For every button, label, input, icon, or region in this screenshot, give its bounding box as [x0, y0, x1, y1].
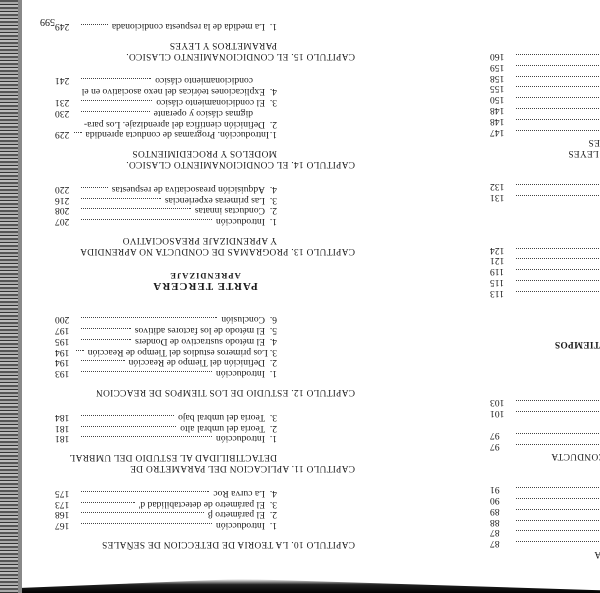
entry-page: 121 — [490, 255, 512, 266]
chapter-heading: TIEMPOS — [490, 338, 600, 349]
leader-dots — [516, 433, 600, 434]
entry-label: Introducción. Programas de conducta apre… — [86, 129, 270, 140]
toc-entry: 150 — [490, 93, 600, 104]
toc-entry: y totalidades97 — [490, 429, 600, 440]
toc-entry: al121 — [490, 255, 600, 266]
leader-dots — [516, 258, 600, 259]
toc-entry: 3.Teoría del umbral bajo184 — [55, 411, 355, 422]
entry-page: 181 — [55, 433, 77, 444]
chapter-heading: CAPITULO 10. LA TEORIA DE DETECCION DE S… — [55, 538, 355, 549]
toc-entry: nte91 — [490, 483, 600, 494]
entry-page: 197 — [55, 324, 77, 335]
leader-dots — [81, 219, 212, 220]
toc-entry: 1.Introducción167 — [55, 519, 355, 530]
toc-entry: 148 — [490, 115, 600, 126]
toc-entry: 1.Introducción181 — [55, 433, 355, 444]
toc-entry: 2.Conductas innatas208 — [55, 205, 355, 216]
toc-entry: 89 — [490, 505, 600, 516]
toc-entry: 124 — [490, 244, 600, 255]
chapter-title: EL CONDICIONAMIENTO CLASICO. — [126, 51, 288, 61]
toc-entry: 1.La medida de la respuesta condicionada… — [55, 20, 355, 31]
toc-entry: 4.Adquisición preasociativa de respuesta… — [55, 183, 355, 194]
leader-dots — [81, 436, 212, 437]
entry-label: El método de los factores aditivos — [135, 324, 265, 335]
chapter-heading: LAS LEYES UALES — [490, 137, 600, 159]
toc-entry: 147 — [490, 126, 600, 137]
toc-entry: 3.Los primeros estudios del Tiempo de Re… — [55, 346, 355, 357]
entry-page: 159 — [490, 61, 512, 72]
toc-entry: 5.El método de los factores aditivos197 — [55, 324, 355, 335]
entry-page: 103 — [490, 397, 512, 408]
toc-entry: 4.El método sustractivo de Donders195 — [55, 335, 355, 346]
toc-entry: 148 — [490, 104, 600, 115]
toc-left-column: UCTA 8787888990nte91 LA CONDUCTA s97y to… — [490, 50, 600, 563]
toc-entry: 101 — [490, 407, 600, 418]
leader-dots — [516, 119, 600, 120]
scanned-book-page: UCTA 8787888990nte91 LA CONDUCTA s97y to… — [0, 0, 600, 593]
entry-label: Las primeras experiencias — [165, 194, 265, 205]
toc-entry: 3.Las primeras experiencias216 — [55, 194, 355, 205]
entry-page: 147 — [490, 126, 512, 137]
toc-entry: 155 — [490, 83, 600, 94]
entry-page: 89 — [490, 505, 512, 516]
chapter-number: CAPITULO 11. — [291, 463, 355, 473]
entry-number: 1. — [265, 433, 277, 444]
toc-entry: condicionamiento clásico241 — [55, 75, 355, 86]
leader-dots — [81, 187, 108, 188]
leader-dots — [81, 512, 204, 513]
toc-entry: 6.Conclusión200 — [55, 313, 355, 324]
chapter-title: LA TEORIA DE DETECCION DE SEÑALES — [102, 539, 289, 549]
entry-number: 2. — [265, 509, 277, 520]
leader-dots — [516, 530, 600, 531]
chapter-heading: LA CONDUCTA — [490, 451, 600, 462]
entry-number: 2. — [265, 357, 277, 368]
toc-entry: 87 — [490, 537, 600, 548]
part-subtitle: APRENDIZAJE — [55, 270, 355, 281]
leader-dots — [516, 76, 600, 77]
entry-page: 220 — [55, 183, 77, 194]
entry-page: 90 — [490, 494, 512, 505]
entry-page: 91 — [490, 483, 512, 494]
entry-label: condicionamiento clásico — [155, 75, 253, 86]
entry-page: 231 — [55, 96, 77, 107]
leader-dots — [516, 291, 600, 292]
entry-label: Introducción — [216, 433, 265, 444]
leader-dots — [81, 79, 151, 80]
leader-dots — [516, 86, 600, 87]
entry-number: 1. — [265, 20, 277, 31]
chapter-heading: CAPITULO 12. ESTUDIO DE LOS TIEMPOS DE R… — [55, 386, 355, 397]
entry-page: 87 — [490, 527, 512, 538]
entry-page: 148 — [490, 104, 512, 115]
leader-dots — [516, 248, 600, 249]
leader-dots — [516, 541, 600, 542]
entry-label: El método sustractivo de Donders — [135, 335, 265, 346]
entry-label: Explicaciones teóricas del nexo asociati… — [82, 86, 265, 97]
entry-page: 173 — [55, 498, 77, 509]
entry-label: Introducción — [216, 367, 265, 378]
toc-entry: 87 — [490, 527, 600, 538]
entry-page: 194 — [55, 346, 72, 357]
entry-page: 132 — [490, 180, 512, 191]
entry-label: La medida de la respuesta condicionada — [112, 20, 265, 31]
leader-dots — [516, 487, 600, 488]
chapter-title-line2: PARAMETROS Y LEYES — [55, 39, 355, 50]
entry-page: 200 — [55, 313, 77, 324]
entry-label: Conductas innatas — [195, 205, 265, 216]
toc-entry: 4.Explicaciones teóricas del nexo asocia… — [55, 86, 355, 97]
entry-page: 148 — [490, 115, 512, 126]
entry-page: 97 — [490, 440, 512, 451]
entry-label: El parámetro de detectabilidad d' — [139, 498, 265, 509]
chapter-title: PROGRAMAS DE CONDUCTA NO APRENDIDA — [80, 246, 288, 256]
toc-entry: 1.Introducción207 — [55, 215, 355, 226]
toc-entry: 90 — [490, 494, 600, 505]
leader-dots — [516, 280, 600, 281]
toc-entry: s97 — [490, 440, 600, 451]
toc-entry: bjetivas158 — [490, 72, 600, 83]
entry-page: 207 — [55, 215, 77, 226]
entry-label: Introducción — [216, 519, 265, 530]
entry-number: 2. — [265, 422, 277, 433]
chapter-heading: CAPITULO 11. APLICACION DEL PARAMETRO DE… — [55, 451, 355, 473]
entry-number: 5. — [265, 324, 277, 335]
entry-page: 229 — [55, 129, 70, 140]
entry-number: 1. — [265, 367, 277, 378]
leader-dots — [516, 498, 600, 499]
entry-number: 1. — [265, 215, 277, 226]
entry-page: 88 — [490, 516, 512, 527]
chapter-number: CAPITULO 15. — [291, 51, 355, 61]
entry-label: Definición del Tiempo de Reacción — [129, 357, 265, 368]
entry-page: 216 — [55, 194, 77, 205]
chapter-title-line2: DETACTIBILIDAD AL ESTUDIO DEL UMBRAL — [55, 451, 355, 462]
entry-page: 150 — [490, 93, 512, 104]
leader-dots — [81, 317, 217, 318]
leader-dots — [81, 111, 150, 112]
leader-dots — [81, 426, 176, 427]
entry-number: 2. — [265, 118, 277, 129]
toc-entry: 4.La curva Roc175 — [55, 487, 355, 498]
toc-entry: sensoriales119 — [490, 265, 600, 276]
entry-page: 160 — [490, 50, 512, 61]
scan-shadow — [0, 579, 600, 593]
chapter-number: CAPITULO 14. — [291, 159, 355, 169]
entry-page: 195 — [55, 335, 77, 346]
leader-dots — [516, 520, 600, 521]
toc-entry: 103 — [490, 397, 600, 408]
entry-label: Teoría del umbral bajo — [178, 411, 265, 422]
leader-dots — [516, 97, 600, 98]
entry-number: 3. — [265, 498, 277, 509]
entry-number: 4. — [265, 183, 277, 194]
toc-entry: 132 — [490, 180, 600, 191]
chapter-title: ESTUDIO DE LOS TIEMPOS DE REACCION — [96, 387, 289, 397]
toc-entry: ticos160 — [490, 50, 600, 61]
entry-page: 175 — [55, 487, 77, 498]
toc-entry: 88 — [490, 516, 600, 527]
leader-dots — [516, 184, 600, 185]
entry-label: El condicionamiento clásico — [156, 96, 265, 107]
entry-number: 1. — [269, 129, 277, 140]
entry-page: 193 — [55, 367, 77, 378]
entry-page: 115 — [490, 276, 512, 287]
entry-number: 1. — [265, 519, 277, 530]
toc-entry: 2.Definición del Tiempo de Reacción194 — [55, 357, 355, 368]
chapter-heading: UCTA — [490, 548, 600, 559]
entry-label: digmas clásico y operante — [154, 107, 253, 118]
leader-dots — [516, 65, 600, 66]
entry-label: Definición científica del aprendizaje. L… — [84, 118, 265, 129]
leader-dots — [81, 502, 135, 503]
chapter-heading: CAPITULO 13. PROGRAMAS DE CONDUCTA NO AP… — [55, 234, 355, 256]
entry-label: Adquisición preasociativa de respuestas — [112, 183, 265, 194]
entry-page: 158 — [490, 72, 512, 83]
entry-label: Conclusión — [221, 313, 265, 324]
leader-dots — [516, 195, 600, 196]
entry-page: 97 — [490, 429, 512, 440]
entry-label: Teoría del umbral alto — [180, 422, 265, 433]
entry-page: 249 — [55, 20, 77, 31]
leader-dots — [516, 269, 600, 270]
entry-page: 194 — [55, 357, 77, 368]
leader-dots — [81, 24, 108, 25]
chapter-heading: CAPITULO 14. EL CONDICIONAMIENTO CLASICO… — [55, 147, 355, 169]
leader-dots — [516, 108, 600, 109]
chapter-title-line2: Y APRENDIZAJE PREASOCIATIVO — [55, 234, 355, 245]
leader-dots — [81, 100, 152, 101]
toc-entry: idad de los orga- — [490, 418, 600, 429]
leader-dots — [81, 491, 209, 492]
toc-entry: digmas clásico y operante230 — [55, 107, 355, 118]
entry-label: La curva Roc — [213, 487, 265, 498]
entry-number: 3. — [265, 96, 277, 107]
entry-number: 2. — [265, 205, 277, 216]
toc-entry: 2.El parámetro β168 — [55, 509, 355, 520]
toc-entry: 2.Definición científica del aprendizaje.… — [55, 118, 355, 129]
chapter-number: CAPITULO 13. — [291, 246, 355, 256]
entry-page: 184 — [55, 411, 77, 422]
entry-page: 131 — [490, 191, 512, 202]
entry-label: El parámetro β — [208, 509, 265, 520]
toc-entry: 1.Introducción193 — [55, 367, 355, 378]
book-binding-edge — [0, 0, 18, 593]
leader-dots — [74, 132, 82, 133]
chapter-title: EL CONDICIONAMIENTO CLASICO. — [126, 159, 288, 169]
entry-page: 124 — [490, 244, 512, 255]
entry-page: 230 — [55, 107, 77, 118]
entry-page: 208 — [55, 205, 77, 216]
leader-dots — [81, 415, 174, 416]
entry-page: 101 — [490, 407, 512, 418]
entry-page: 241 — [55, 75, 77, 86]
entry-label: Los primeros estudios del Tiempo de Reac… — [88, 346, 268, 357]
part-title: PARTE TERCERA — [55, 281, 355, 292]
toc-entry: 1.Introducción. Programas de conducta ap… — [55, 129, 355, 140]
entry-page: 87 — [490, 537, 512, 548]
leader-dots — [516, 444, 600, 445]
entry-number: 4. — [265, 335, 277, 346]
toc-right-column: CAPITULO 10. LA TEORIA DE DETECCION DE S… — [55, 20, 355, 563]
leader-dots — [81, 339, 131, 340]
entry-page: 155 — [490, 83, 512, 94]
page-number: 599 — [40, 16, 55, 27]
entry-label: Introducción — [216, 215, 265, 226]
leader-dots — [81, 523, 212, 524]
chapter-number: CAPITULO 10. — [291, 539, 355, 549]
leader-dots — [76, 350, 84, 351]
leader-dots — [81, 328, 131, 329]
leader-dots — [516, 509, 600, 510]
chapter-number: CAPITULO 12. — [291, 387, 355, 397]
chapter-heading: CAPITULO 15. EL CONDICIONAMIENTO CLASICO… — [55, 39, 355, 61]
toc-entry: 3.El condicionamiento clásico231 — [55, 96, 355, 107]
entry-number: 6. — [265, 313, 277, 324]
entry-page: 168 — [55, 509, 77, 520]
toc-entry: 113 — [490, 287, 600, 298]
entry-page: 113 — [490, 287, 512, 298]
entry-number: 3. — [268, 346, 277, 357]
toc-entry: poránea159 — [490, 61, 600, 72]
entry-page: 167 — [55, 519, 77, 530]
leader-dots — [81, 371, 212, 372]
leader-dots — [81, 198, 161, 199]
chapter-title-line2: MODELOS Y PROCEDIMIENTOS — [55, 147, 355, 158]
leader-dots — [516, 400, 600, 401]
entry-page: 181 — [55, 422, 77, 433]
leader-dots — [81, 208, 191, 209]
toc-entry: 2.Teoría del umbral alto181 — [55, 422, 355, 433]
entry-number: 4. — [265, 487, 277, 498]
entry-page: 119 — [490, 265, 512, 276]
leader-dots — [516, 130, 600, 131]
binding-shadow — [18, 0, 22, 593]
toc-entry: 131 — [490, 191, 600, 202]
leader-dots — [516, 54, 600, 55]
entry-number: 3. — [265, 411, 277, 422]
leader-dots — [81, 360, 125, 361]
chapter-title: APLICACION DEL PARAMETRO DE — [130, 463, 289, 473]
entry-number: 4. — [265, 86, 277, 97]
toc-entry: 3.El parámetro de detectabilidad d'173 — [55, 498, 355, 509]
toc-entry: ilidad sensorial115 — [490, 276, 600, 287]
leader-dots — [516, 411, 600, 412]
entry-number: 3. — [265, 194, 277, 205]
